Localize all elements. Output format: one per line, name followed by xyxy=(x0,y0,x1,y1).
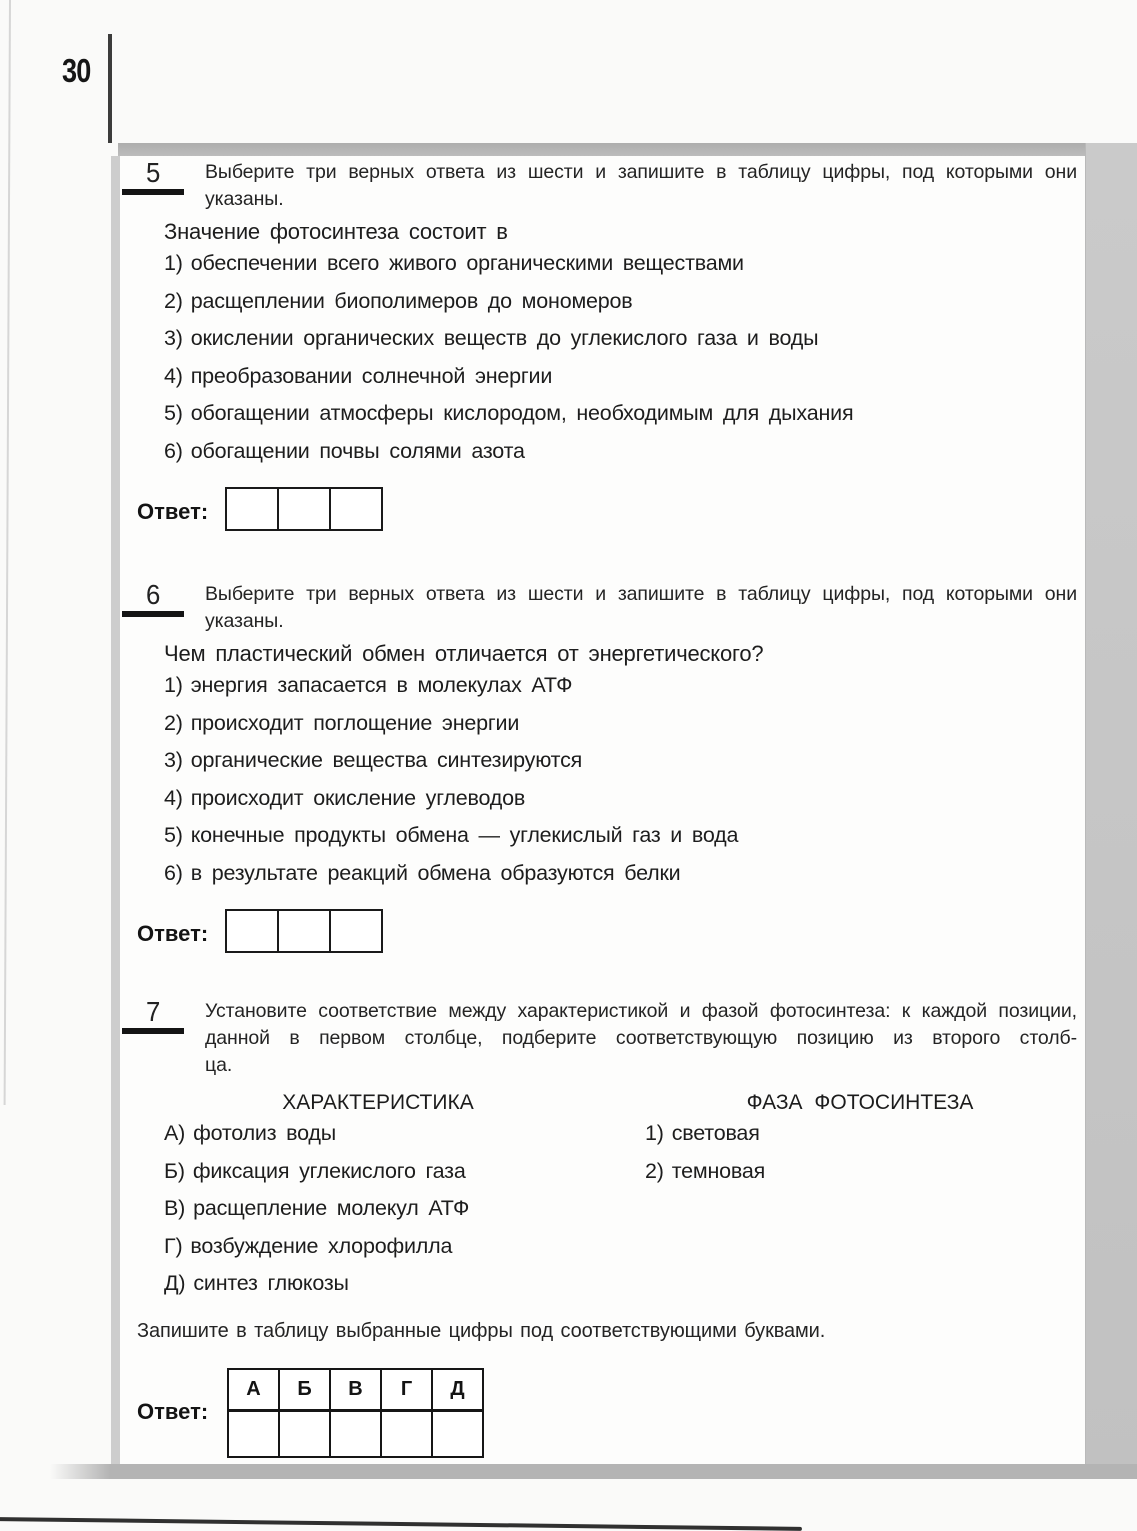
option-text: энергия запасается в молекулах АТФ xyxy=(191,673,573,697)
instruction-line: ца. xyxy=(205,1052,1077,1079)
option-number: 1) xyxy=(164,245,183,283)
item-letter: Г) xyxy=(164,1228,182,1266)
option-text: преобразовании солнечной энергии xyxy=(191,364,552,388)
instruction-line: Выберите три верных ответа из шести и за… xyxy=(205,581,1077,608)
scan-bottom-line xyxy=(0,1517,802,1531)
instruction-line: указаны. xyxy=(205,186,1077,213)
q7-answer-cell-a[interactable] xyxy=(228,1411,279,1458)
q5-option-6: 6)обогащении почвы солями азота xyxy=(164,433,853,471)
option-number: 6) xyxy=(164,855,183,893)
q5-option-2: 2)расщеплении биополимеров до мономеров xyxy=(164,283,853,321)
panel-left-shadow xyxy=(111,156,120,1464)
scan-edge-line xyxy=(4,0,11,1105)
q7-left-item-d: Д)синтез глюкозы xyxy=(164,1265,469,1303)
question-7-instruction: Установите соответствие между характерис… xyxy=(205,998,1077,1079)
option-text: конечные продукты обмена — углекислый га… xyxy=(191,823,739,847)
instruction-line: указаны. xyxy=(205,608,1077,635)
q5-answer-box xyxy=(225,487,383,531)
question-6-underline xyxy=(122,611,184,617)
option-text: происходит поглощение энергии xyxy=(191,711,519,735)
q6-option-5: 5)конечные продукты обмена — углекислый … xyxy=(164,817,738,855)
page-number: 30 xyxy=(62,52,90,90)
q7-phases-list: 1)световая 2)темновая xyxy=(645,1115,765,1190)
instruction-line: данной в первом столбце, подберите соотв… xyxy=(205,1025,1077,1052)
q7-answer-cell-d[interactable] xyxy=(432,1411,483,1458)
item-text: темновая xyxy=(672,1159,765,1183)
question-7-underline xyxy=(122,1028,184,1034)
option-number: 4) xyxy=(164,780,183,818)
option-text: органические вещества синтезируются xyxy=(191,748,582,772)
q5-option-5: 5)обогащении атмосферы кислородом, необх… xyxy=(164,395,853,433)
option-number: 2) xyxy=(164,705,183,743)
item-letter: А) xyxy=(164,1115,185,1153)
option-number: 3) xyxy=(164,742,183,780)
question-6-stem: Чем пластический обмен отличается от эне… xyxy=(164,641,763,667)
q7-answer-cell-v[interactable] xyxy=(330,1411,381,1458)
option-number: 2) xyxy=(164,283,183,321)
option-text: окислении органических веществ до углеки… xyxy=(191,326,819,350)
page-right-gray-band xyxy=(1085,143,1137,1479)
q6-answer-cell-3[interactable] xyxy=(329,911,381,951)
option-text: происходит окисление углеводов xyxy=(191,786,525,810)
q6-answer-box xyxy=(225,909,383,953)
question-6-number: 6 xyxy=(146,579,160,611)
item-text: световая xyxy=(672,1121,760,1145)
q5-option-4: 4)преобразовании солнечной энергии xyxy=(164,358,853,396)
scanned-workbook-page: 30 5 Выберите три верных ответа из шести… xyxy=(0,0,1137,1531)
option-text: обогащении почвы солями азота xyxy=(191,439,525,463)
question-5-options: 1)обеспечении всего живого органическими… xyxy=(164,245,853,471)
option-text: в результате реакций обмена образуются б… xyxy=(191,861,681,885)
q7-answer-label: Ответ: xyxy=(137,1399,208,1425)
q5-answer-cell-1[interactable] xyxy=(227,489,277,529)
q6-option-1: 1)энергия запасается в молекулах АТФ xyxy=(164,667,738,705)
q7-table-header-g: Г xyxy=(381,1369,432,1411)
q6-option-4: 4)происходит окисление углеводов xyxy=(164,780,738,818)
option-number: 5) xyxy=(164,817,183,855)
q6-option-3: 3)органические вещества синтезируются xyxy=(164,742,738,780)
q7-right-column-header: ФАЗА ФОТОСИНТЕЗА xyxy=(700,1091,1020,1115)
q6-option-6: 6)в результате реакций обмена образуются… xyxy=(164,855,738,893)
item-text: расщепление молекул АТФ xyxy=(193,1196,469,1220)
option-text: обеспечении всего живого органическими в… xyxy=(191,251,744,275)
q7-answer-cell-g[interactable] xyxy=(381,1411,432,1458)
q5-answer-cell-3[interactable] xyxy=(329,489,381,529)
header-divider-line xyxy=(108,34,112,143)
q7-table-header-d: Д xyxy=(432,1369,483,1411)
q6-answer-label: Ответ: xyxy=(137,921,208,947)
option-number: 1) xyxy=(164,667,183,705)
q7-answer-table-input-row xyxy=(228,1411,483,1458)
q7-answer-table: А Б В Г Д xyxy=(227,1368,484,1458)
item-number: 2) xyxy=(645,1153,664,1191)
q7-left-item-g: Г)возбуждение хлорофилла xyxy=(164,1228,469,1266)
item-text: возбуждение хлорофилла xyxy=(190,1234,452,1258)
item-letter: Д) xyxy=(164,1265,185,1303)
q7-table-header-b: Б xyxy=(279,1369,330,1411)
q5-answer-label: Ответ: xyxy=(137,499,208,525)
q7-note: Запишите в таблицу выбранные цифры под с… xyxy=(137,1320,825,1343)
q7-left-item-v: В)расщепление молекул АТФ xyxy=(164,1190,469,1228)
item-text: фиксация углекислого газа xyxy=(193,1159,466,1183)
q5-option-1: 1)обеспечении всего живого органическими… xyxy=(164,245,853,283)
q7-right-item-1: 1)световая xyxy=(645,1115,765,1153)
q7-table-header-a: А xyxy=(228,1369,279,1411)
question-5-instruction: Выберите три верных ответа из шести и за… xyxy=(205,159,1077,213)
q7-answer-table-header-row: А Б В Г Д xyxy=(228,1369,483,1411)
panel-top-shadow xyxy=(118,143,1137,156)
q5-answer-cell-2[interactable] xyxy=(277,489,329,529)
option-number: 6) xyxy=(164,433,183,471)
option-number: 3) xyxy=(164,320,183,358)
q6-answer-cell-1[interactable] xyxy=(227,911,277,951)
instruction-line: Выберите три верных ответа из шести и за… xyxy=(205,159,1077,186)
question-7-number: 7 xyxy=(146,996,160,1028)
q5-option-3: 3)окислении органических веществ до угле… xyxy=(164,320,853,358)
q7-left-item-a: А)фотолиз воды xyxy=(164,1115,469,1153)
option-number: 4) xyxy=(164,358,183,396)
item-text: синтез глюкозы xyxy=(193,1271,348,1295)
q7-right-item-2: 2)темновая xyxy=(645,1153,765,1191)
question-5-number: 5 xyxy=(146,157,160,189)
question-5-stem: Значение фотосинтеза состоит в xyxy=(164,219,508,245)
q7-answer-cell-b[interactable] xyxy=(279,1411,330,1458)
question-5-underline xyxy=(122,189,184,195)
instruction-line: Установите соответствие между характерис… xyxy=(205,998,1077,1025)
item-letter: В) xyxy=(164,1190,185,1228)
q7-table-header-v: В xyxy=(330,1369,381,1411)
option-number: 5) xyxy=(164,395,183,433)
item-text: фотолиз воды xyxy=(193,1121,336,1145)
question-6-instruction: Выберите три верных ответа из шести и за… xyxy=(205,581,1077,635)
item-letter: Б) xyxy=(164,1153,185,1191)
q6-answer-cell-2[interactable] xyxy=(277,911,329,951)
q7-characteristics-list: А)фотолиз воды Б)фиксация углекислого га… xyxy=(164,1115,469,1303)
item-number: 1) xyxy=(645,1115,664,1153)
q7-left-item-b: Б)фиксация углекислого газа xyxy=(164,1153,469,1191)
option-text: обогащении атмосферы кислородом, необход… xyxy=(191,401,854,425)
question-6-options: 1)энергия запасается в молекулах АТФ 2)п… xyxy=(164,667,738,893)
option-text: расщеплении биополимеров до мономеров xyxy=(191,289,633,313)
panel-bottom-shadow xyxy=(50,1464,1137,1479)
q6-option-2: 2)происходит поглощение энергии xyxy=(164,705,738,743)
q7-left-column-header: ХАРАКТЕРИСТИКА xyxy=(218,1091,538,1115)
